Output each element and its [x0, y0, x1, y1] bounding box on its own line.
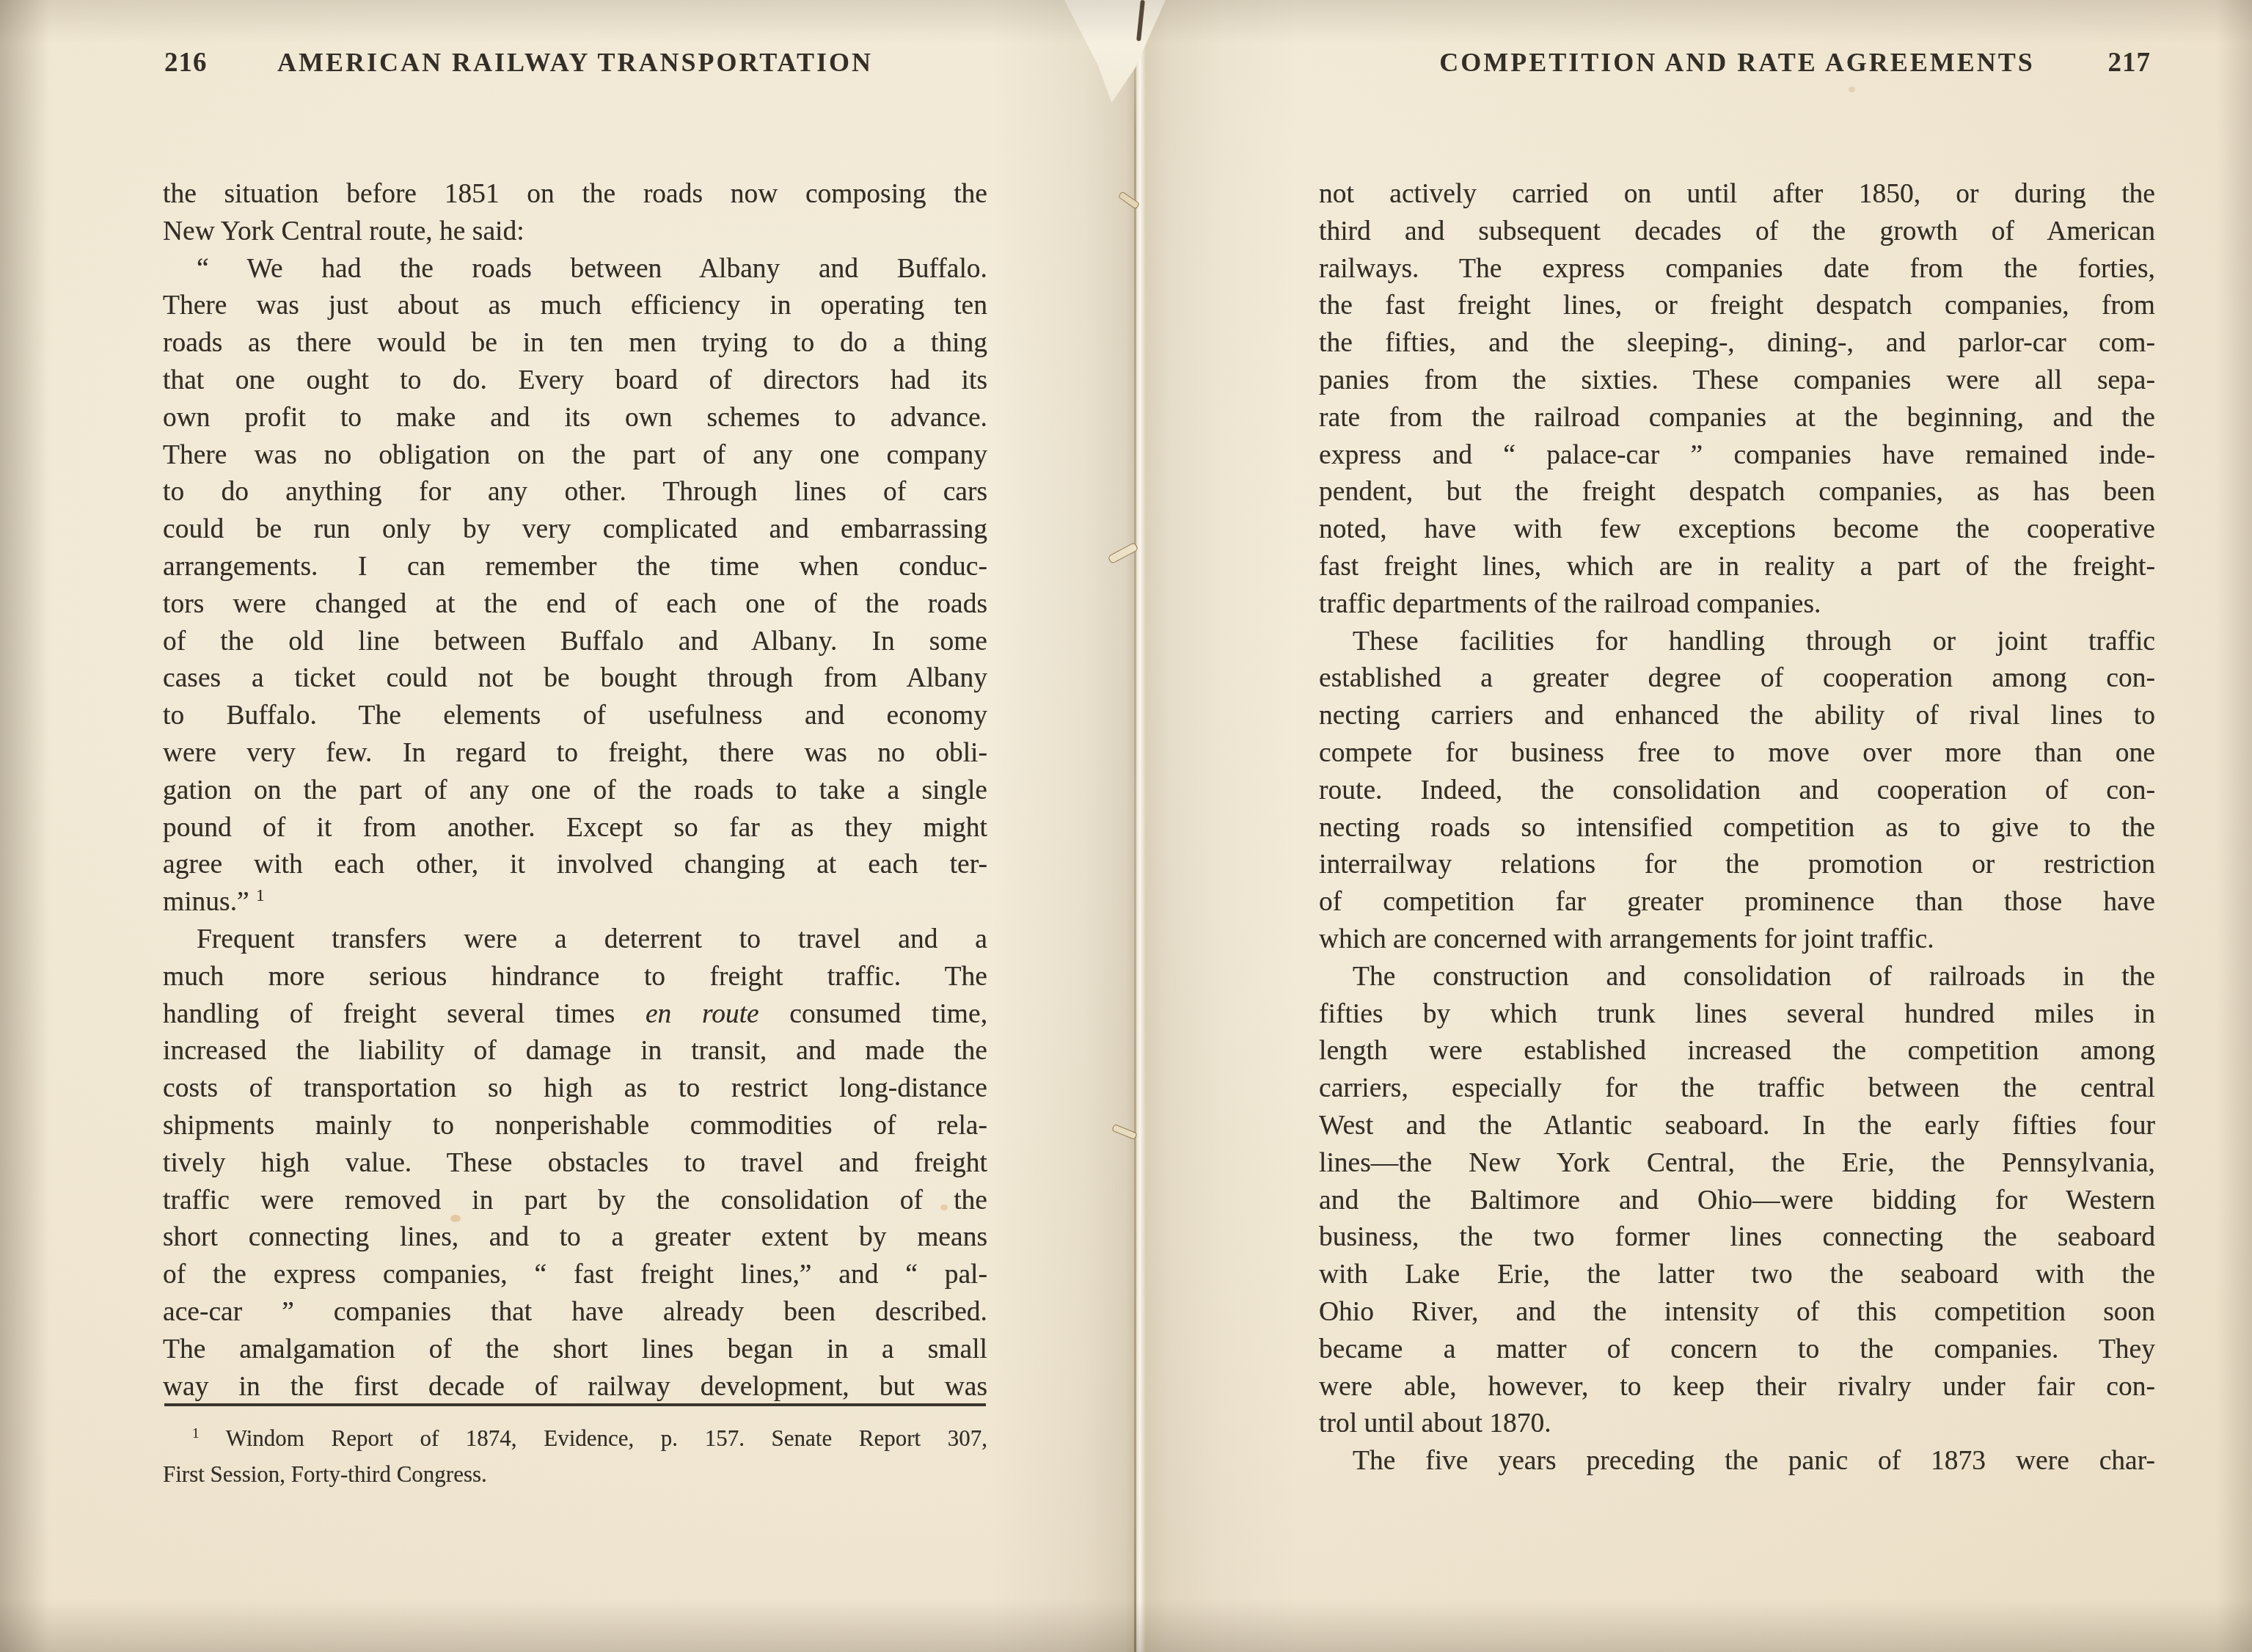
text-line: which are concerned with arrangements fo… — [1319, 921, 2155, 959]
text-line: way in the first decade of railway devel… — [163, 1369, 987, 1406]
paragraph: These facilities for handling through or… — [1319, 624, 2155, 959]
paragraph: “ We had the roads between Albany and Bu… — [163, 251, 987, 921]
text-line: noted, have with few exceptions become t… — [1319, 511, 2155, 549]
paragraph: 1 Windom Report of 1874, Evidence, p. 15… — [163, 1420, 987, 1492]
text-line: carriers, especially for the traffic bet… — [1319, 1070, 2155, 1108]
text-line: The construction and consolidation of ra… — [1319, 959, 2155, 996]
page-left: 216 AMERICAN RAILWAY TRANSPORTATION the … — [163, 0, 987, 1652]
text-line: to Buffalo. The elements of usefulness a… — [163, 698, 987, 735]
text-line: and the Baltimore and Ohio—were bidding … — [1319, 1183, 2155, 1220]
paragraph: Frequent transfers were a deterrent to t… — [163, 921, 987, 1406]
text-line: Ohio River, and the intensity of this co… — [1319, 1294, 2155, 1331]
text-line: interrailway relations for the promotion… — [1319, 847, 2155, 884]
text-line: There was no obligation on the part of a… — [163, 437, 987, 475]
page-number: 217 — [2108, 47, 2152, 78]
text-line: These facilities for handling through or… — [1319, 624, 2155, 661]
text-line: compete for business free to move over m… — [1319, 735, 2155, 772]
text-line: There was just about as much efficiency … — [163, 288, 987, 325]
paragraph: the situation before 1851 on the roads n… — [163, 176, 987, 251]
text-line: of the old line between Buffalo and Alba… — [163, 624, 987, 661]
paragraph: not actively carried on until after 1850… — [1319, 176, 2155, 624]
text-line: route. Indeed, the consolidation and coo… — [1319, 772, 2155, 810]
text-line: the fifties, and the sleeping-, dining-,… — [1319, 325, 2155, 362]
text-line: tors were changed at the end of each one… — [163, 586, 987, 624]
text-line: business, the two former lines connectin… — [1319, 1219, 2155, 1257]
text-line: to do anything for any other. Through li… — [163, 474, 987, 511]
text-line: the fast freight lines, or freight despa… — [1319, 288, 2155, 325]
text-line: 1 Windom Report of 1874, Evidence, p. 15… — [163, 1420, 987, 1456]
text-line: with Lake Erie, the latter two the seabo… — [1319, 1257, 2155, 1294]
text-line: First Session, Forty-third Congress. — [163, 1456, 987, 1492]
paragraph: The construction and consolidation of ra… — [1319, 959, 2155, 1443]
text-line: traffic were removed in part by the cons… — [163, 1183, 987, 1220]
text-line: increased the liability of damage in tra… — [163, 1033, 987, 1070]
text-line: shipments mainly to nonperishable commod… — [163, 1108, 987, 1145]
text-line: were very few. In regard to freight, the… — [163, 735, 987, 772]
text-line: West and the Atlantic seaboard. In the e… — [1319, 1108, 2155, 1145]
footnote: 1 Windom Report of 1874, Evidence, p. 15… — [163, 1420, 987, 1492]
text-line: railways. The express companies date fro… — [1319, 251, 2155, 288]
binding-crease — [1134, 0, 1136, 1652]
footnote-rule — [164, 1403, 986, 1406]
text-line: costs of transportation so high as to re… — [163, 1070, 987, 1108]
text-line: gation on the part of any one of the roa… — [163, 772, 987, 810]
text-line: arrangements. I can remember the time wh… — [163, 549, 987, 586]
text-line: much more serious hindrance to freight t… — [163, 959, 987, 996]
text-line: necting roads so intensified competition… — [1319, 810, 2155, 847]
page-right: COMPETITION AND RATE AGREEMENTS 217 not … — [1319, 0, 2155, 1652]
text-line: The five years preceding the panic of 18… — [1319, 1443, 2155, 1480]
text-line: cases a ticket could not be bought throu… — [163, 660, 987, 698]
text-line: New York Central route, he said: — [163, 213, 987, 251]
text-line: ace-car ” companies that have already be… — [163, 1294, 987, 1331]
text-line: roads as there would be in ten men tryin… — [163, 325, 987, 362]
paragraph: The five years preceding the panic of 18… — [1319, 1443, 2155, 1480]
text-line: the situation before 1851 on the roads n… — [163, 176, 987, 213]
text-line: minus.” 1 — [163, 884, 987, 921]
text-line: of the express companies, “ fast freight… — [163, 1257, 987, 1294]
text-line: Frequent transfers were a deterrent to t… — [163, 921, 987, 959]
text-line: The amalgamation of the short lines bega… — [163, 1331, 987, 1369]
text-line: that one ought to do. Every board of dir… — [163, 362, 987, 400]
page-header: 216 AMERICAN RAILWAY TRANSPORTATION — [163, 47, 987, 84]
text-line: own profit to make and its own schemes t… — [163, 400, 987, 437]
text-line: “ We had the roads between Albany and Bu… — [163, 251, 987, 288]
text-line: trol until about 1870. — [1319, 1406, 2155, 1443]
text-line: traffic departments of the railroad comp… — [1319, 586, 2155, 624]
text-line: were able, however, to keep their rivalr… — [1319, 1369, 2155, 1406]
text-line: short connecting lines, and to a greater… — [163, 1219, 987, 1257]
text-line: rate from the railroad companies at the … — [1319, 400, 2155, 437]
text-line: could be run only by very complicated an… — [163, 511, 987, 549]
text-line: fifties by which trunk lines several hun… — [1319, 996, 2155, 1034]
book-scan: 216 AMERICAN RAILWAY TRANSPORTATION the … — [0, 0, 2252, 1652]
running-title: AMERICAN RAILWAY TRANSPORTATION — [163, 47, 987, 78]
text-line: pound of it from another. Except so far … — [163, 810, 987, 847]
text-line: pendent, but the freight despatch compan… — [1319, 474, 2155, 511]
text-line: panies from the sixties. These companies… — [1319, 362, 2155, 400]
page-body: not actively carried on until after 1850… — [1319, 176, 2155, 1480]
text-line: express and “ palace-car ” companies hav… — [1319, 437, 2155, 475]
text-line: agree with each other, it involved chang… — [163, 847, 987, 884]
running-title: COMPETITION AND RATE AGREEMENTS — [1319, 47, 2155, 78]
book-gutter — [990, 0, 1298, 1652]
text-line: lines—the New York Central, the Erie, th… — [1319, 1145, 2155, 1183]
page-header: COMPETITION AND RATE AGREEMENTS 217 — [1319, 47, 2155, 84]
text-line: third and subsequent decades of the grow… — [1319, 213, 2155, 251]
text-line: necting carriers and enhanced the abilit… — [1319, 698, 2155, 735]
text-line: of competition far greater prominence th… — [1319, 884, 2155, 921]
page-body: the situation before 1851 on the roads n… — [163, 176, 987, 1406]
text-line: became a matter of concern to the compan… — [1319, 1331, 2155, 1369]
text-line: length were established increased the co… — [1319, 1033, 2155, 1070]
text-line: fast freight lines, which are in reality… — [1319, 549, 2155, 586]
text-line: not actively carried on until after 1850… — [1319, 176, 2155, 213]
text-line: tively high value. These obstacles to tr… — [163, 1145, 987, 1183]
page-number: 216 — [164, 47, 208, 78]
text-line: handling of freight several times en rou… — [163, 996, 987, 1034]
text-line: established a greater degree of cooperat… — [1319, 660, 2155, 698]
